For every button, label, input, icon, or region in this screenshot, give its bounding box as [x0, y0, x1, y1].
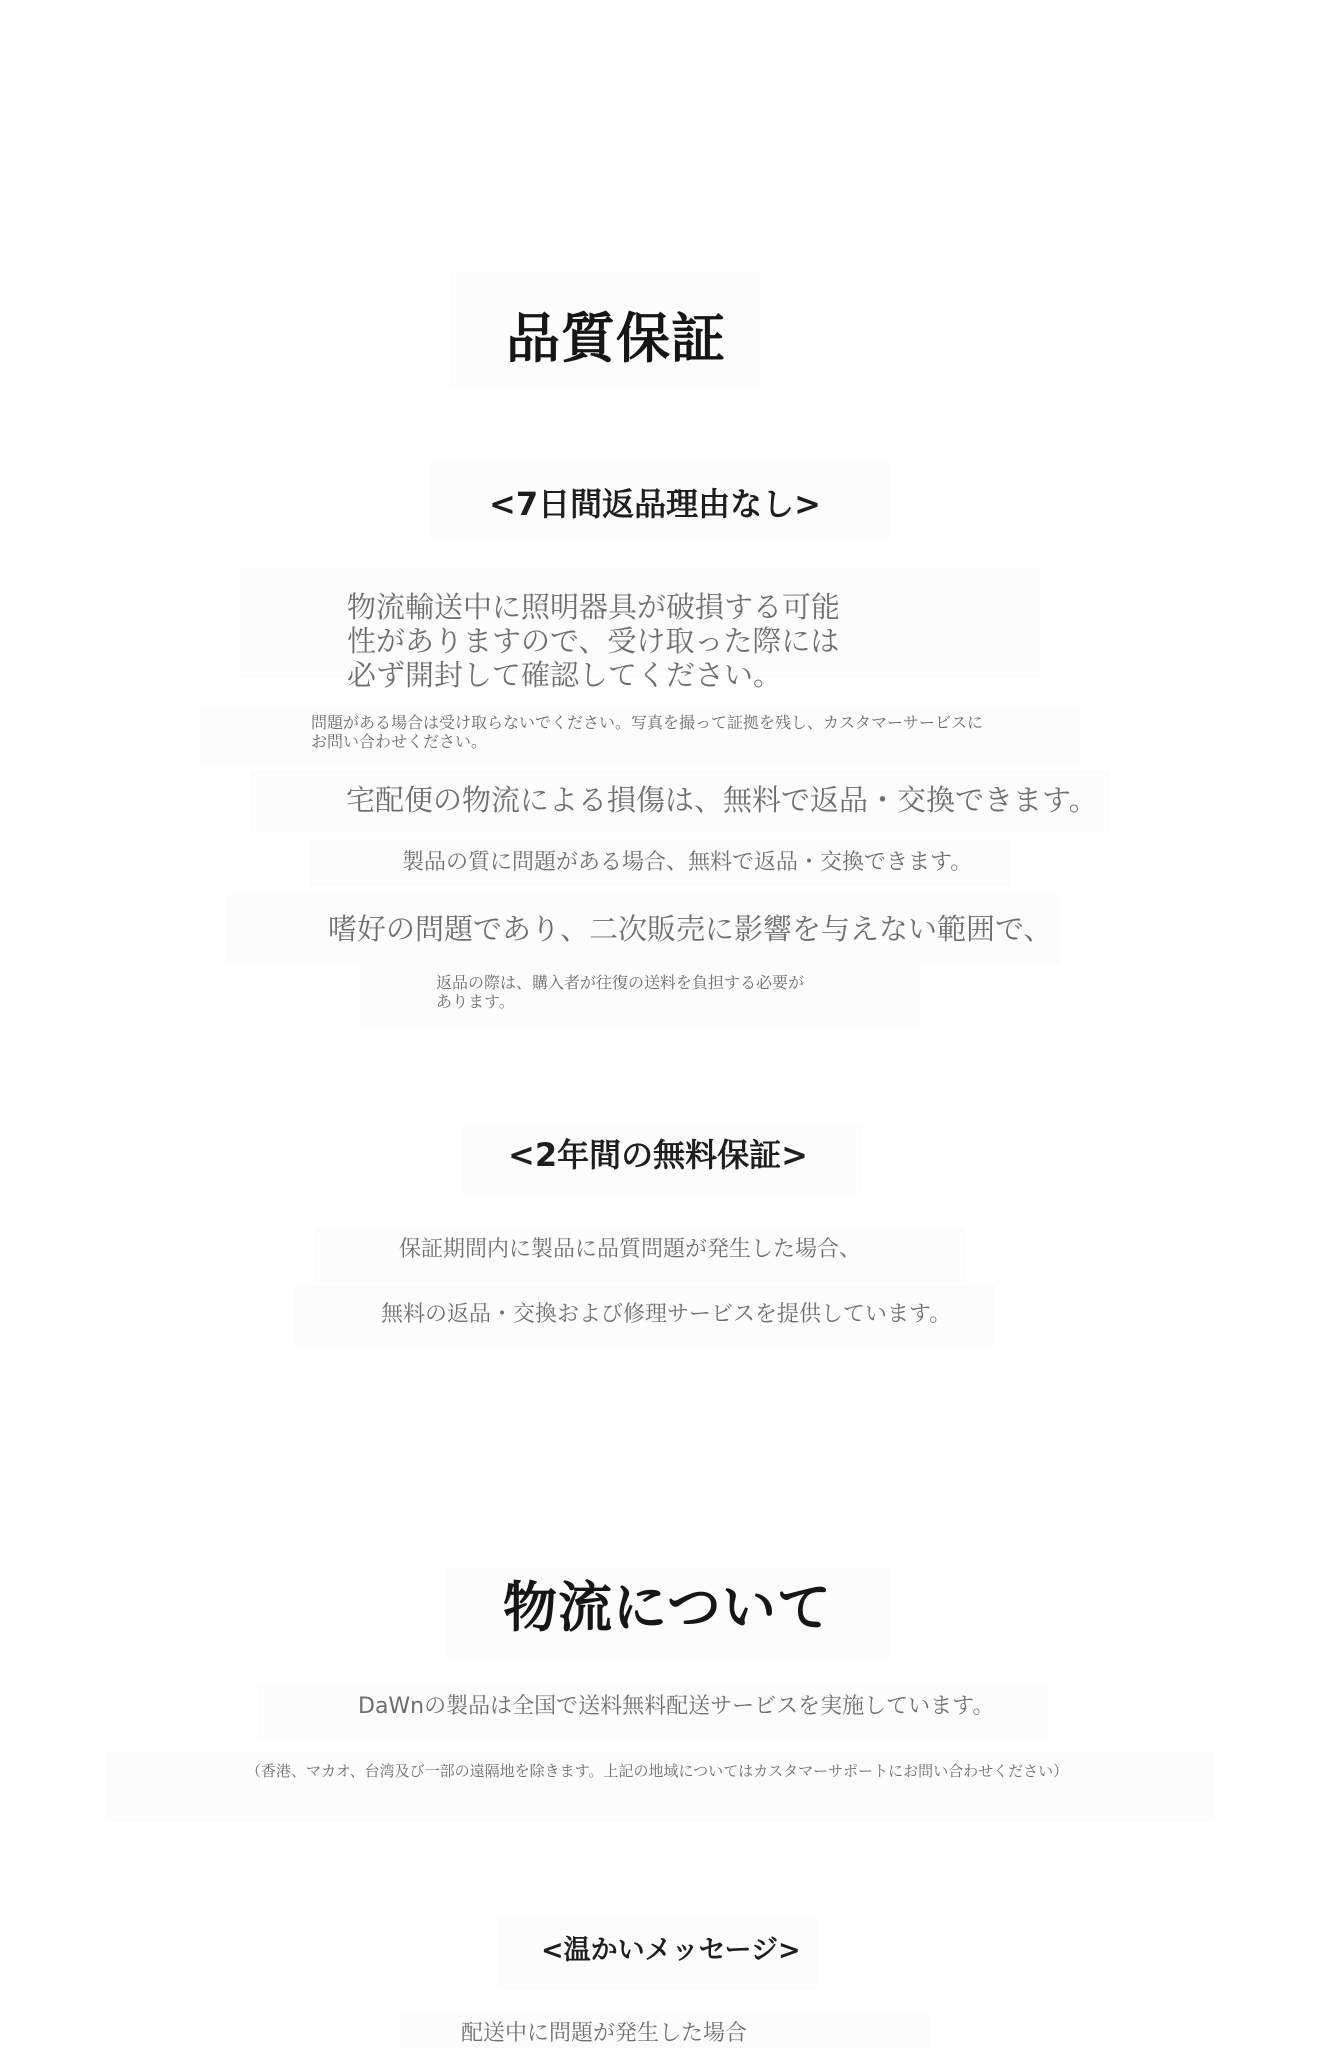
free-shipping-text: DaWnの製品は全国で送料無料配送サービスを実施しています。: [358, 1693, 994, 1721]
courier-damage-text: 宅配便の物流による損傷は、無料で返品・交換できます。: [346, 783, 1098, 817]
shipping-cost-note: 返品の際は、購入者が往復の送料を負担する必要が あります。: [436, 973, 804, 1011]
quality-issue-text: 製品の質に問題がある場合、無料で返品・交換できます。: [402, 849, 972, 877]
preference-issue-text: 嗜好の問題であり、二次販売に影響を与えない範囲で、: [328, 912, 1052, 946]
note-line: お問い合わせください。: [311, 732, 983, 751]
shipping-cost-line: あります。: [436, 992, 804, 1011]
message-line1: 配送中に問題が発生した場合: [461, 2020, 747, 2048]
damage-notice-paragraph: 物流輸送中に照明器具が破損する可能 性がありますので、受け取った際には 必ず開封…: [347, 590, 840, 692]
notice-line: 性がありますので、受け取った際には: [347, 624, 840, 658]
warranty-line2: 無料の返品・交換および修理サービスを提供しています。: [381, 1301, 951, 1329]
contact-note: 問題がある場合は受け取らないでください。写真を撮って証拠を残し、カスタマーサービ…: [311, 713, 983, 751]
exclusion-note: （香港、マカオ、台湾及び一部の遠隔地を除きます。上記の地域についてはカスタマーサ…: [246, 1761, 1068, 1781]
message-heading: <温かいメッセージ>: [541, 1931, 801, 1971]
notice-line: 必ず開封して確認してください。: [347, 658, 840, 692]
return-policy-heading: <7日間返品理由なし>: [489, 484, 821, 524]
warranty-heading: <2年間の無料保証>: [508, 1135, 808, 1175]
logistics-title: 物流について: [503, 1578, 832, 1638]
shipping-cost-line: 返品の際は、購入者が往復の送料を負担する必要が: [436, 973, 804, 992]
quality-title: 品質保証: [506, 309, 726, 369]
note-line: 問題がある場合は受け取らないでください。写真を撮って証拠を残し、カスタマーサービ…: [311, 713, 983, 732]
notice-line: 物流輸送中に照明器具が破損する可能: [347, 590, 840, 624]
warranty-line1: 保証期間内に製品に品質問題が発生した場合、: [399, 1236, 861, 1264]
